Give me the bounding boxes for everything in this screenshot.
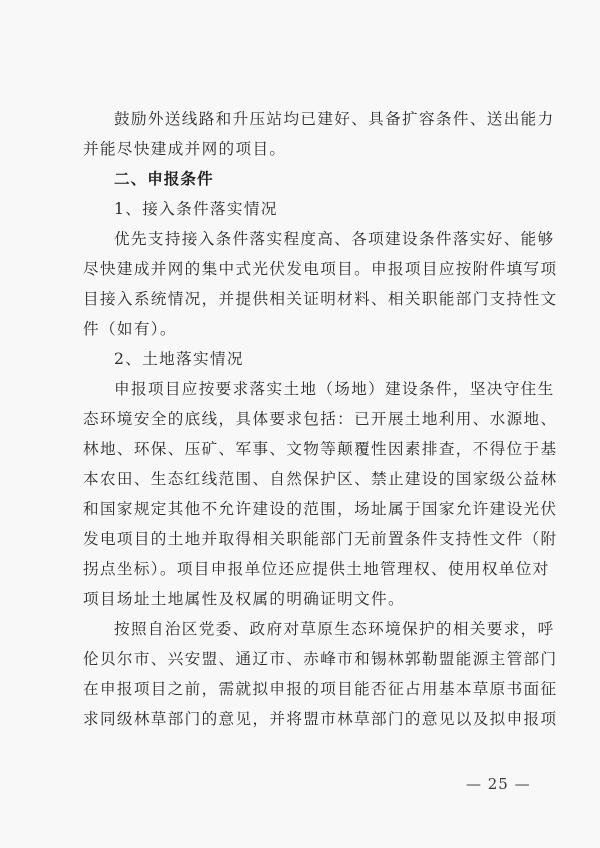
paragraph-line: 林地、环保、压矿、军事、文物等颠覆性因素排查，不得位于基: [83, 434, 525, 464]
paragraph-line: 项目场址土地属性及权属的明确证明文件。: [83, 584, 525, 614]
paragraph-line: 发电项目的土地并取得相关职能部门无前置条件支持性文件（附: [83, 524, 525, 554]
paragraph-line: 尽快建成并网的集中式光伏发电项目。申报项目应按附件填写项: [83, 254, 525, 284]
paragraph-line: 件（如有）。: [83, 314, 525, 344]
paragraph-line: 本农田、生态红线范围、自然保护区、禁止建设的国家级公益林: [83, 464, 525, 494]
section-heading: 二、申报条件: [83, 164, 525, 194]
paragraph-line: 伦贝尔市、兴安盟、通辽市、赤峰市和锡林郭勒盟能源主管部门: [83, 644, 525, 674]
paragraph-line: 鼓励外送线路和升压站均已建好、具备扩容条件、送出能力: [83, 104, 525, 134]
subsection-heading: 2、土地落实情况: [83, 344, 525, 374]
paragraph-line: 在申报项目之前，需就拟申报的项目能否征占用基本草原书面征: [83, 674, 525, 704]
subsection-heading: 1、接入条件落实情况: [83, 194, 525, 224]
paragraph-line: 并能尽快建成并网的项目。: [83, 134, 525, 164]
document-page: 鼓励外送线路和升压站均已建好、具备扩容条件、送出能力 并能尽快建成并网的项目。 …: [0, 0, 600, 848]
paragraph-line: 申报项目应按要求落实土地（场地）建设条件，坚决守住生: [83, 374, 525, 404]
paragraph-line: 按照自治区党委、政府对草原生态环境保护的相关要求，呼: [83, 614, 525, 644]
paragraph-line: 求同级林草部门的意见，并将盟市林草部门的意见以及拟申报项: [83, 704, 525, 734]
paragraph-line: 拐点坐标）。项目申报单位还应提供土地管理权、使用权单位对: [83, 554, 525, 584]
paragraph-line: 优先支持接入条件落实程度高、各项建设条件落实好、能够: [83, 224, 525, 254]
paragraph-line: 态环境安全的底线，具体要求包括：已开展土地利用、水源地、: [83, 404, 525, 434]
document-body: 鼓励外送线路和升压站均已建好、具备扩容条件、送出能力 并能尽快建成并网的项目。 …: [83, 104, 525, 734]
paragraph-line: 和国家规定其他不允许建设的范围，场址属于国家允许建设光伏: [83, 494, 525, 524]
page-number: — 25 —: [466, 775, 531, 793]
paragraph-line: 目接入系统情况，并提供相关证明材料、相关职能部门支持性文: [83, 284, 525, 314]
